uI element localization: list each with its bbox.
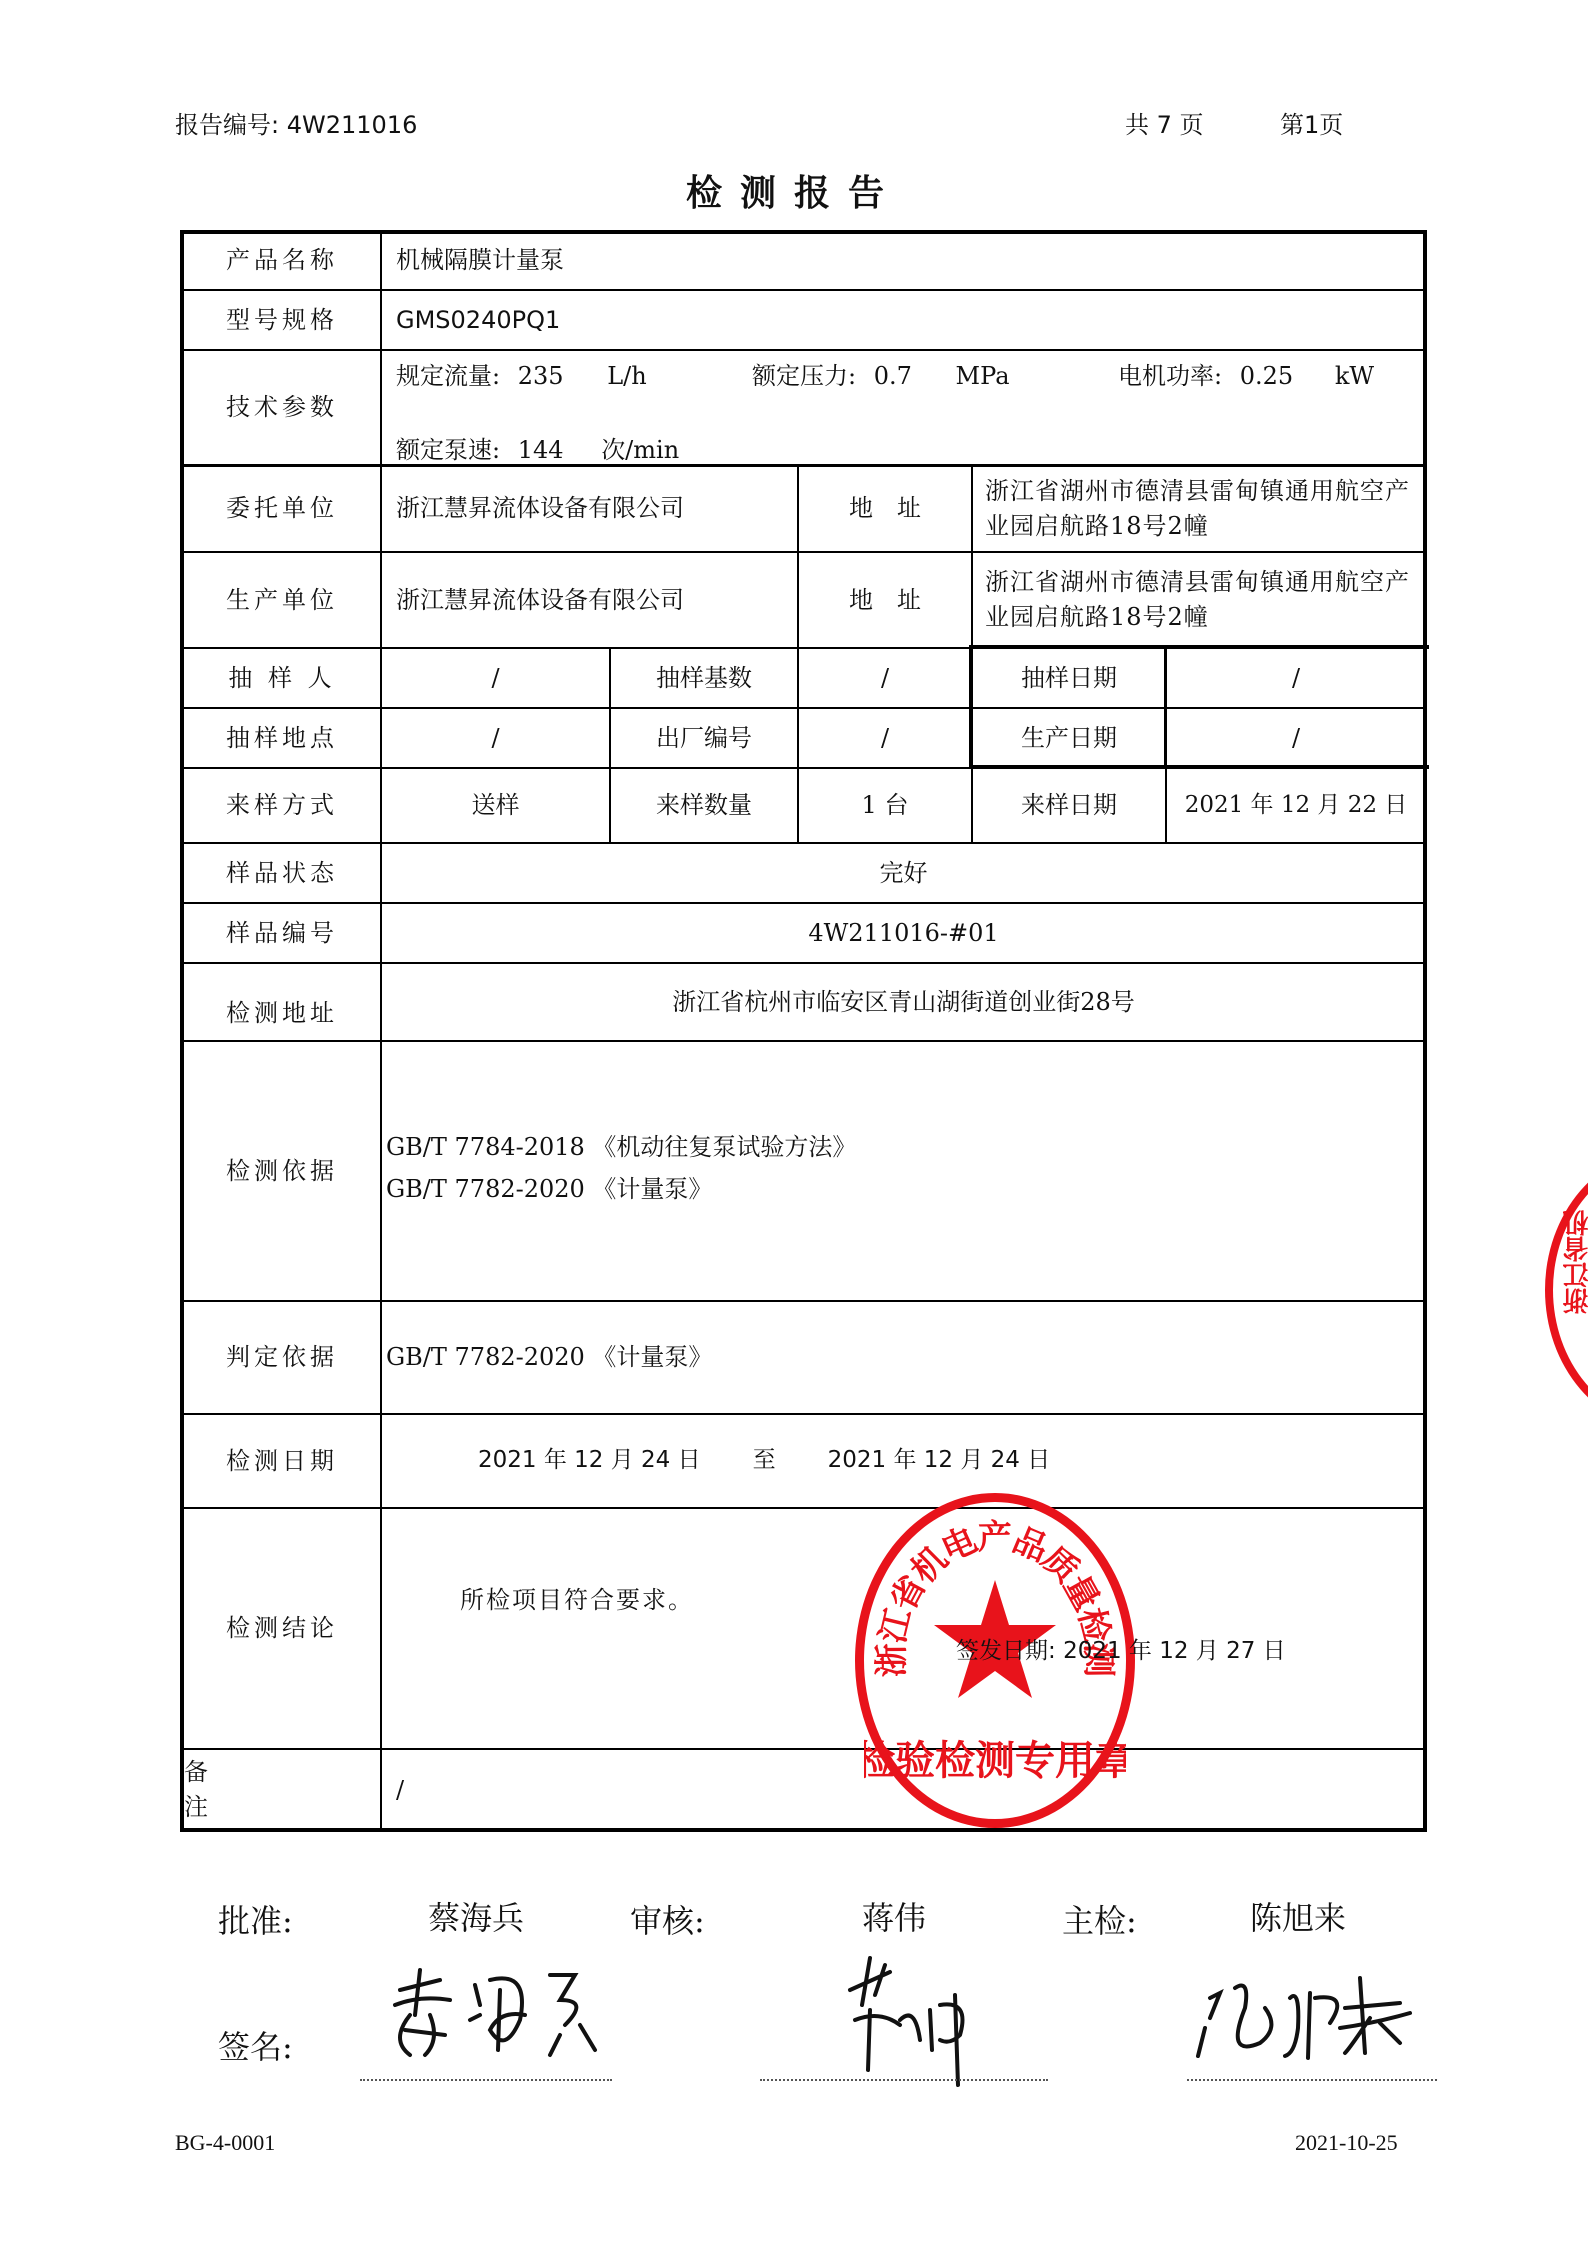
product-name-label: 产品名称 — [184, 232, 380, 289]
test-basis-label: 检测依据 — [184, 1042, 380, 1300]
judge-basis-value: GB/T 7782-2020 《计量泵》 — [382, 1302, 1425, 1413]
sample-no-value: 4W211016-#01 — [382, 904, 1425, 962]
form-code: BG-4-0001 — [175, 2130, 275, 2156]
issue-date-value: 2021 年 12 月 27 日 — [1063, 1638, 1286, 1664]
power-label: 电机功率: — [1118, 362, 1222, 390]
test-date-to-label: 至 — [753, 1444, 776, 1477]
manufacturer-address-label: 地 址 — [799, 553, 971, 647]
test-basis-item: GB/T 7782-2020 《计量泵》 — [386, 1168, 856, 1210]
flow-label: 规定流量: — [396, 362, 500, 390]
pressure-param: 额定压力: 0.7 MPa — [752, 356, 1010, 391]
signature-inspector — [1190, 1968, 1430, 2063]
test-date-to: 2021 年 12 月 24 日 — [828, 1444, 1051, 1477]
sample-base-label: 抽样基数 — [611, 649, 797, 707]
product-name-value: 机械隔膜计量泵 — [382, 232, 1422, 289]
sample-qty-value: 1 台 — [799, 769, 971, 842]
client-label: 委托单位 — [184, 466, 380, 551]
test-basis-list: GB/T 7784-2018 《机动往复泵试验方法》 GB/T 7782-202… — [386, 1126, 856, 1210]
test-address-label: 检测地址 — [184, 964, 380, 1040]
sample-state-value: 完好 — [382, 844, 1425, 902]
production-date-label: 生产日期 — [973, 709, 1165, 767]
flow-unit: L/h — [607, 362, 646, 390]
test-date-range: 2021 年 12 月 24 日 至 2021 年 12 月 24 日 — [382, 1415, 1425, 1507]
inspect-name: 陈旭来 — [1250, 1893, 1346, 1939]
client-address-label: 地 址 — [799, 466, 971, 551]
approve-label: 批准: — [218, 1896, 293, 1942]
sample-state-label: 样品状态 — [184, 844, 380, 902]
report-number-label: 报告编号: — [175, 111, 279, 139]
power-param: 电机功率: 0.25 kW — [1118, 356, 1374, 391]
issue-date: 签发日期: 2021 年 12 月 27 日 — [956, 1632, 1286, 1665]
speed-label: 额定泵速: — [396, 436, 500, 464]
inspect-label: 主检: — [1062, 1896, 1137, 1942]
test-address-value: 浙江省杭州市临安区青山湖街道创业街28号 — [382, 964, 1425, 1040]
manufacturer-address-value: 浙江省湖州市德清县雷甸镇通用航空产业园启航路18号2幢 — [973, 553, 1425, 647]
speed-param: 额定泵速: 144 次/min — [396, 430, 679, 465]
approver-sign-line — [360, 2079, 612, 2081]
report-number-value: 4W211016 — [287, 111, 418, 139]
sampling-place-value: / — [382, 709, 609, 767]
signature-reviewer — [840, 1950, 1000, 2090]
conclusion-label: 检测结论 — [184, 1509, 380, 1748]
test-date-from: 2021 年 12 月 24 日 — [478, 1444, 701, 1477]
reviewer-sign-line — [760, 2079, 1048, 2081]
power-value: 0.25 — [1240, 362, 1293, 390]
delivery-date-value: 2021 年 12 月 22 日 — [1167, 769, 1425, 842]
pressure-unit: MPa — [956, 362, 1010, 390]
stamp-bottom-text: 检验检测专用章 — [864, 1738, 1126, 1784]
speed-unit: 次/min — [601, 436, 679, 464]
remarks-label: 备 注 — [184, 1750, 380, 1830]
manufacturer-value: 浙江慧昇流体设备有限公司 — [382, 553, 797, 647]
tech-params-label: 技术参数 — [184, 351, 380, 464]
model-value: GMS0240PQ1 — [382, 291, 1422, 349]
speed-value: 144 — [518, 436, 564, 464]
flow-param: 规定流量: 235 L/h — [396, 356, 647, 391]
signature-approver — [380, 1960, 610, 2060]
client-value: 浙江慧昇流体设备有限公司 — [382, 466, 797, 551]
model-label: 型号规格 — [184, 291, 380, 349]
test-basis-item: GB/T 7784-2018 《机动往复泵试验方法》 — [386, 1126, 856, 1168]
delivery-method-label: 来样方式 — [184, 769, 380, 842]
issue-date-label: 签发日期: — [956, 1638, 1056, 1664]
seam-stamp: 浙江省机 — [1545, 1150, 1588, 1430]
sampling-place-label: 抽样地点 — [184, 709, 380, 767]
test-date-label: 检测日期 — [184, 1415, 380, 1507]
sampler-label: 抽 样 人 — [184, 649, 380, 707]
version-date: 2021-10-25 — [1295, 2130, 1398, 2156]
production-date-value: / — [1167, 709, 1425, 767]
judge-basis-label: 判定依据 — [184, 1302, 380, 1413]
sign-label: 签名: — [218, 2022, 293, 2068]
seam-stamp-text: 浙江省机 — [1559, 1210, 1588, 1314]
page-title: 检测报告 — [0, 165, 1588, 216]
report-number: 报告编号: 4W211016 — [175, 105, 417, 140]
sampler-value: / — [382, 649, 609, 707]
review-name: 蒋伟 — [862, 1893, 926, 1939]
total-pages: 共 7 页 — [1125, 105, 1204, 140]
conclusion-value: 所检项目符合要求。 — [460, 1580, 694, 1615]
manufacturer-label: 生产单位 — [184, 553, 380, 647]
review-label: 审核: — [630, 1896, 705, 1942]
sample-qty-label: 来样数量 — [611, 769, 797, 842]
delivery-date-label: 来样日期 — [973, 769, 1165, 842]
approve-name: 蔡海兵 — [428, 1893, 524, 1939]
pressure-label: 额定压力: — [752, 362, 856, 390]
sample-no-label: 样品编号 — [184, 904, 380, 962]
factory-no-label: 出厂编号 — [611, 709, 797, 767]
sampling-date-label: 抽样日期 — [973, 649, 1165, 707]
pressure-value: 0.7 — [874, 362, 912, 390]
inspector-sign-line — [1187, 2079, 1437, 2081]
factory-no-value: / — [799, 709, 971, 767]
power-unit: kW — [1335, 362, 1374, 390]
sampling-date-value: / — [1167, 649, 1425, 707]
sample-base-value: / — [799, 649, 971, 707]
client-address-value: 浙江省湖州市德清县雷甸镇通用航空产业园启航路18号2幢 — [973, 466, 1425, 551]
delivery-method-value: 送样 — [382, 769, 609, 842]
page-number: 第1页 — [1280, 105, 1343, 140]
flow-value: 235 — [518, 362, 564, 390]
